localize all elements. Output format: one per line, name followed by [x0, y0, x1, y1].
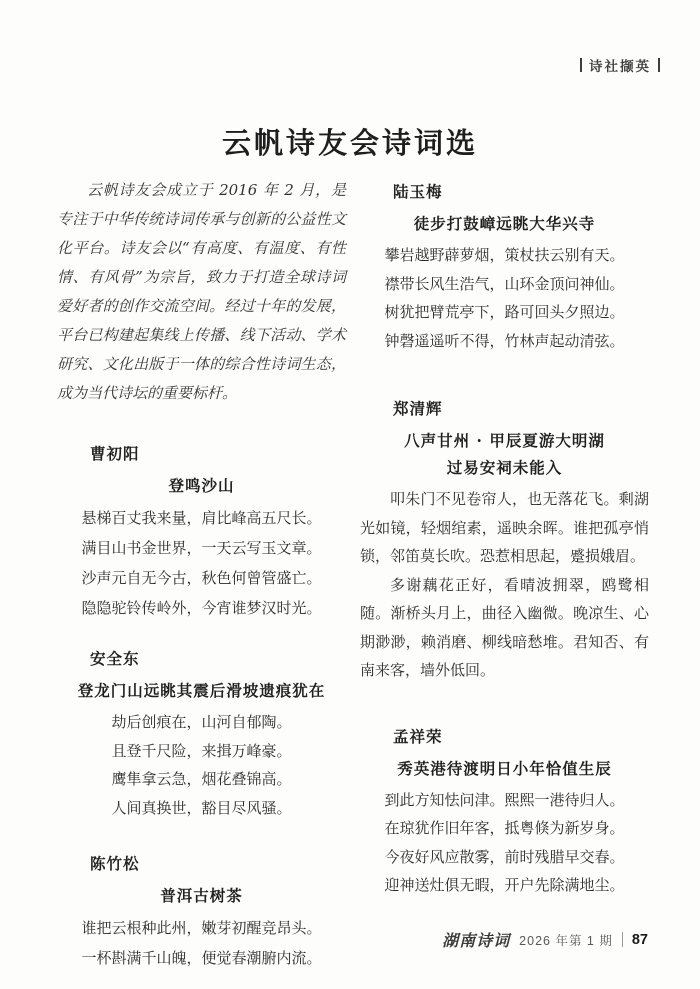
section-header: 诗社撷英 — [580, 55, 660, 75]
header-left-bar-icon — [580, 58, 582, 72]
verse-line: 迎神送灶俱无暇，开户先除满地尘。 — [360, 871, 649, 900]
header-right-bar-icon — [658, 58, 660, 72]
magazine-page: 诗社撷英 云帆诗友会诗词选 云帆诗友会成立于 2016 年 2 月，是专注于中华… — [0, 0, 700, 989]
verse-line: 钟磬遥遥听不得，竹林声起动清弦。 — [360, 327, 649, 356]
verse-line: 到此方知怯问津。熙熙一港待归人。 — [360, 786, 649, 815]
two-column-body: 云帆诗友会成立于 2016 年 2 月，是专注于中华传统诗词传承与创新的公益性文… — [57, 176, 649, 973]
poem-body: 攀岩越野薜萝烟，策杖扶云别有天。 襟带长风生浩气，山环金顶问神仙。 树犹把臂荒亭… — [360, 241, 649, 355]
poet-block: 孟祥荣 秀英港待渡明日小年恰值生辰 到此方知怯问津。熙熙一港待归人。 在琼犹作旧… — [360, 725, 649, 900]
poet-block: 曹初阳 登鸣沙山 悬梯百丈我来量，肩比峰高五尺长。 满目山书金世界，一天云写玉文… — [57, 442, 346, 623]
poem-body: 悬梯百丈我来量，肩比峰高五尺长。 满目山书金世界，一天云写玉文章。 沙声元自无今… — [57, 503, 346, 623]
poet-name: 安全东 — [90, 647, 346, 669]
section-header-label: 诗社撷英 — [589, 55, 651, 75]
poet-name: 孟祥荣 — [393, 725, 649, 747]
verse-line: 一杯斟满千山魄，便觉春潮腑内流。 — [57, 943, 346, 973]
poet-name: 陆玉梅 — [393, 180, 649, 202]
verse-line: 攀岩越野薜萝烟，策杖扶云别有天。 — [360, 241, 649, 270]
page-footer: 湖南诗词 2026 年第 1 期 87 — [442, 928, 648, 951]
issue-label: 2026 年第 1 期 — [519, 931, 613, 949]
verse-line: 谁把云根种此州，嫩芽初醒竞昂头。 — [57, 913, 346, 943]
poet-block: 郑清辉 八声甘州 · 甲辰夏游大明湖 过易安祠未能入 叩朱门不见卷帘人，也无落花… — [360, 397, 649, 685]
poem-title: 普洱古树茶 — [57, 884, 346, 906]
poet-block: 陈竹松 普洱古树茶 谁把云根种此州，嫩芽初醒竞昂头。 一杯斟满千山魄，便觉春潮腑… — [57, 852, 346, 973]
verse-line: 树犹把臂荒亭下，路可回头夕照边。 — [360, 298, 649, 327]
verse-line: 且登千尺险，来揖万峰豪。 — [57, 737, 346, 766]
poem-body: 到此方知怯问津。熙熙一港待归人。 在琼犹作旧年客，抵粤倏为新岁身。 今夜好风应散… — [360, 786, 649, 900]
right-column: 陆玉梅 徒步打鼓嶂远眺大华兴寺 攀岩越野薜萝烟，策杖扶云别有天。 襟带长风生浩气… — [360, 176, 649, 973]
poet-block: 安全东 登龙门山远眺其震后滑坡遗痕犹在 劫后创痕在，山河自郁陶。 且登千尺险，来… — [57, 647, 346, 822]
verse-line: 今夜好风应散雾，前时残腊早交春。 — [360, 843, 649, 872]
poet-block: 陆玉梅 徒步打鼓嶂远眺大华兴寺 攀岩越野薜萝烟，策杖扶云别有天。 襟带长风生浩气… — [360, 180, 649, 355]
page-number: 87 — [632, 932, 648, 948]
poet-name: 郑清辉 — [393, 397, 649, 419]
verse-line: 劫后创痕在，山河自郁陶。 — [57, 708, 346, 737]
poem-title: 徒步打鼓嶂远眺大华兴寺 — [360, 212, 649, 234]
poem-subtitle: 过易安祠未能入 — [360, 456, 649, 478]
poet-name: 陈竹松 — [90, 852, 346, 874]
poem-title: 秀英港待渡明日小年恰值生辰 — [360, 757, 649, 779]
poem-title: 八声甘州 · 甲辰夏游大明湖 — [360, 429, 649, 451]
footer-divider — [622, 932, 623, 947]
ci-stanza: 叩朱门不见卷帘人，也无落花飞。剩湖光如镜，轻烟绾素，遥映余晖。谁把孤亭悄锁，邻笛… — [360, 485, 649, 571]
verse-line: 悬梯百丈我来量，肩比峰高五尺长。 — [57, 503, 346, 533]
journal-name: 湖南诗词 — [442, 928, 510, 951]
poet-name: 曹初阳 — [90, 442, 346, 464]
verse-line: 满目山书金世界，一天云写玉文章。 — [57, 533, 346, 563]
verse-line: 沙声元自无今古，秋色何曾管盛亡。 — [57, 563, 346, 593]
ci-stanza: 多谢藕花正好，看晴波拥翠，鸥鹭相随。渐桥头月上，曲径入幽微。晚凉生、心期渺渺，赖… — [360, 571, 649, 685]
poem-title: 登鸣沙山 — [57, 474, 346, 496]
poem-body: 叩朱门不见卷帘人，也无落花飞。剩湖光如镜，轻烟绾素，遥映余晖。谁把孤亭悄锁，邻笛… — [360, 485, 649, 685]
poem-body: 劫后创痕在，山河自郁陶。 且登千尺险，来揖万峰豪。 鹰隼拿云急，烟花叠锦高。 人… — [57, 708, 346, 822]
page-title: 云帆诗友会诗词选 — [0, 121, 700, 162]
intro-paragraph: 云帆诗友会成立于 2016 年 2 月，是专注于中华传统诗词传承与创新的公益性文… — [57, 176, 346, 408]
verse-line: 在琼犹作旧年客，抵粤倏为新岁身。 — [360, 814, 649, 843]
poem-body: 谁把云根种此州，嫩芽初醒竞昂头。 一杯斟满千山魄，便觉春潮腑内流。 — [57, 913, 346, 973]
verse-line: 人间真换世，豁目尽风骚。 — [57, 794, 346, 823]
verse-line: 襟带长风生浩气，山环金顶问神仙。 — [360, 270, 649, 299]
poem-title: 登龙门山远眺其震后滑坡遗痕犹在 — [57, 679, 346, 701]
verse-line: 隐隐驼铃传岭外，今宵谁梦汉时光。 — [57, 593, 346, 623]
left-column: 云帆诗友会成立于 2016 年 2 月，是专注于中华传统诗词传承与创新的公益性文… — [57, 176, 346, 973]
verse-line: 鹰隼拿云急，烟花叠锦高。 — [57, 765, 346, 794]
